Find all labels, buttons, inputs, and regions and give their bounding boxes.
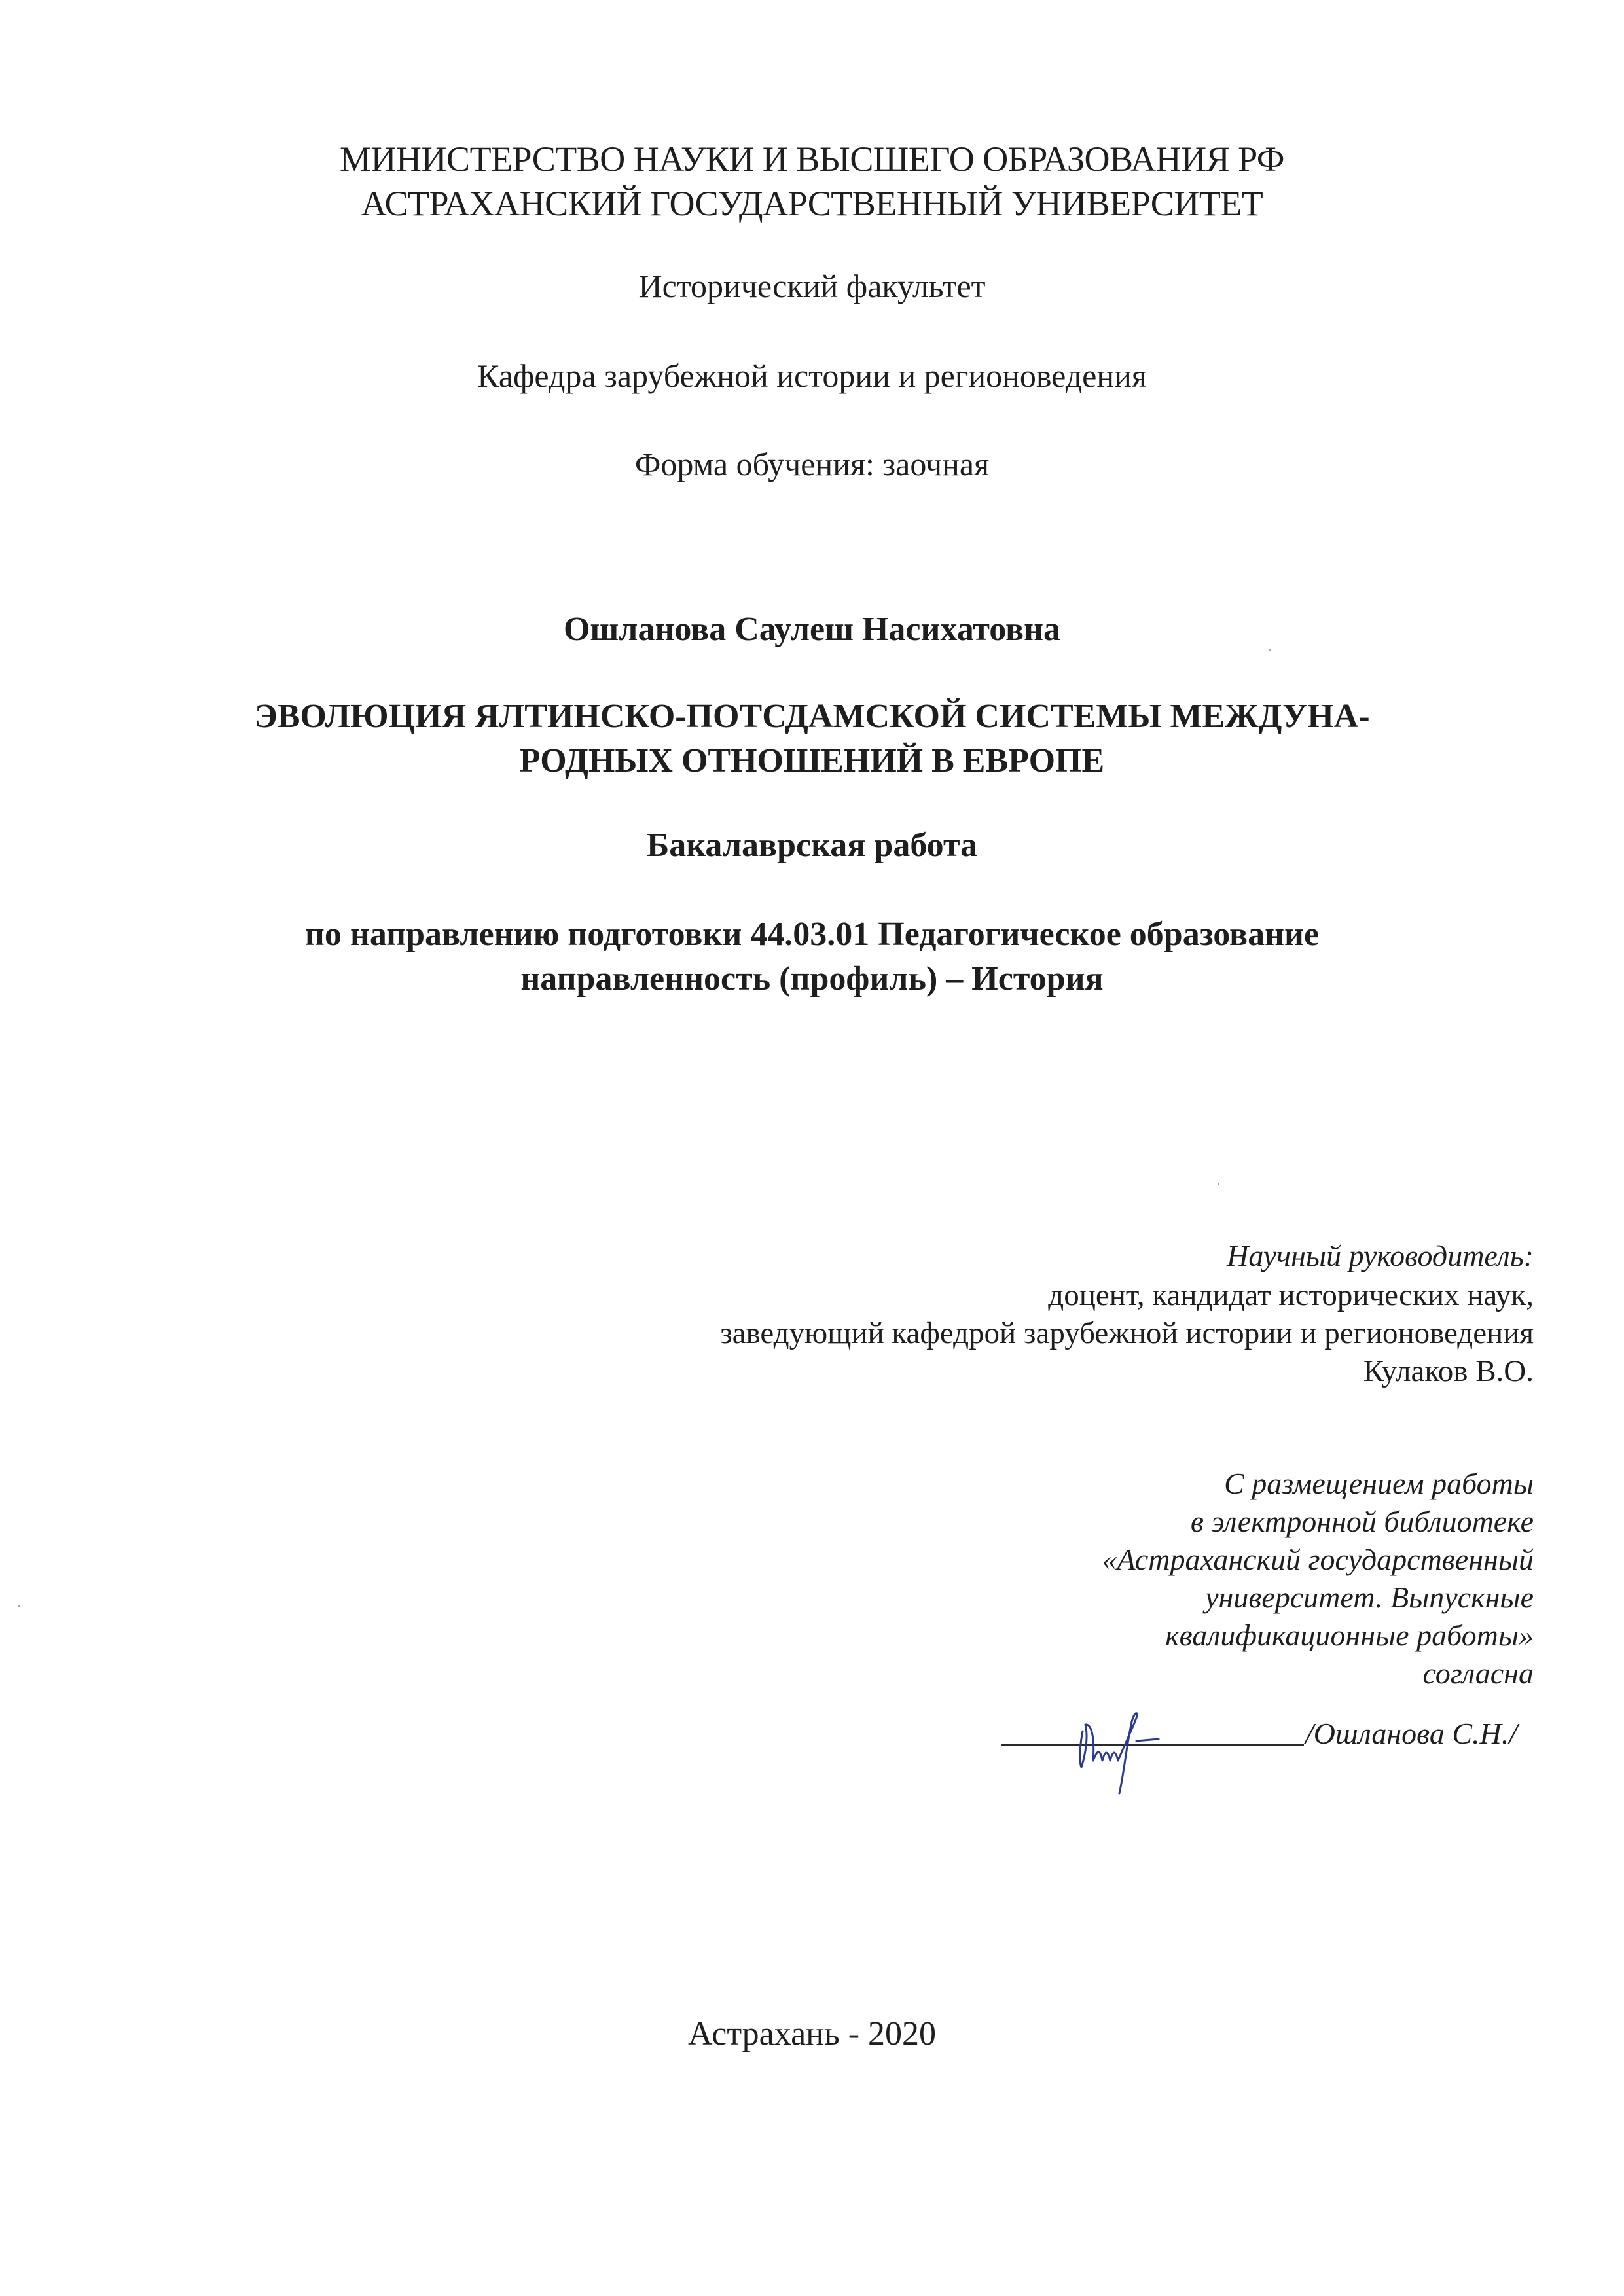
supervisor-position: заведующий кафедрой зарубежной истории и… bbox=[720, 1316, 1534, 1351]
ministry-name: МИНИСТЕРСТВО НАУКИ И ВЫСШЕГО ОБРАЗОВАНИЯ… bbox=[0, 139, 1624, 179]
consent-line: С размещением работы bbox=[1224, 1466, 1534, 1501]
consent-line: квалификационные работы» bbox=[1165, 1618, 1534, 1653]
supervisor-degree: доцент, кандидат исторических наук, bbox=[1048, 1278, 1534, 1313]
consent-line: согласна bbox=[1423, 1656, 1534, 1691]
city-year: Астрахань - 2020 bbox=[0, 2015, 1624, 2053]
scan-speck bbox=[1269, 649, 1271, 651]
consent-line: «Астраханский государственный bbox=[1102, 1542, 1534, 1577]
thesis-title-line-2: РОДНЫХ ОТНОШЕНИЙ В ЕВРОПЕ bbox=[0, 742, 1624, 780]
signer-name: /Ошланова С.Н./ bbox=[1305, 1716, 1517, 1751]
thesis-title-line-1: ЭВОЛЮЦИЯ ЯЛТИНСКО-ПОТСДАМСКОЙ СИСТЕМЫ МЕ… bbox=[0, 697, 1624, 736]
scan-speck bbox=[1218, 1183, 1219, 1185]
supervisor-name: Кулаков В.О. bbox=[1363, 1354, 1534, 1389]
author-name: Ошланова Саулеш Насихатовна bbox=[0, 610, 1624, 649]
department-name: Кафедра зарубежной истории и регионоведе… bbox=[0, 357, 1624, 395]
consent-line: в электронной библиотеке bbox=[1191, 1504, 1534, 1539]
direction-line-2: направленность (профиль) – История bbox=[0, 960, 1624, 998]
scan-speck bbox=[18, 1605, 20, 1607]
work-type: Бакалаврская работа bbox=[0, 826, 1624, 865]
study-form: Форма обучения: заочная bbox=[0, 445, 1624, 483]
supervisor-label: Научный руководитель: bbox=[1227, 1238, 1534, 1273]
direction-line-1: по направлению подготовки 44.03.01 Педаг… bbox=[0, 915, 1624, 954]
faculty-name: Исторический факультет bbox=[0, 267, 1624, 305]
consent-line: университет. Выпускные bbox=[1205, 1580, 1534, 1615]
university-name: АСТРАХАНСКИЙ ГОСУДАРСТВЕННЫЙ УНИВЕРСИТЕТ bbox=[0, 183, 1624, 224]
handwritten-signature-icon bbox=[1074, 1705, 1224, 1797]
